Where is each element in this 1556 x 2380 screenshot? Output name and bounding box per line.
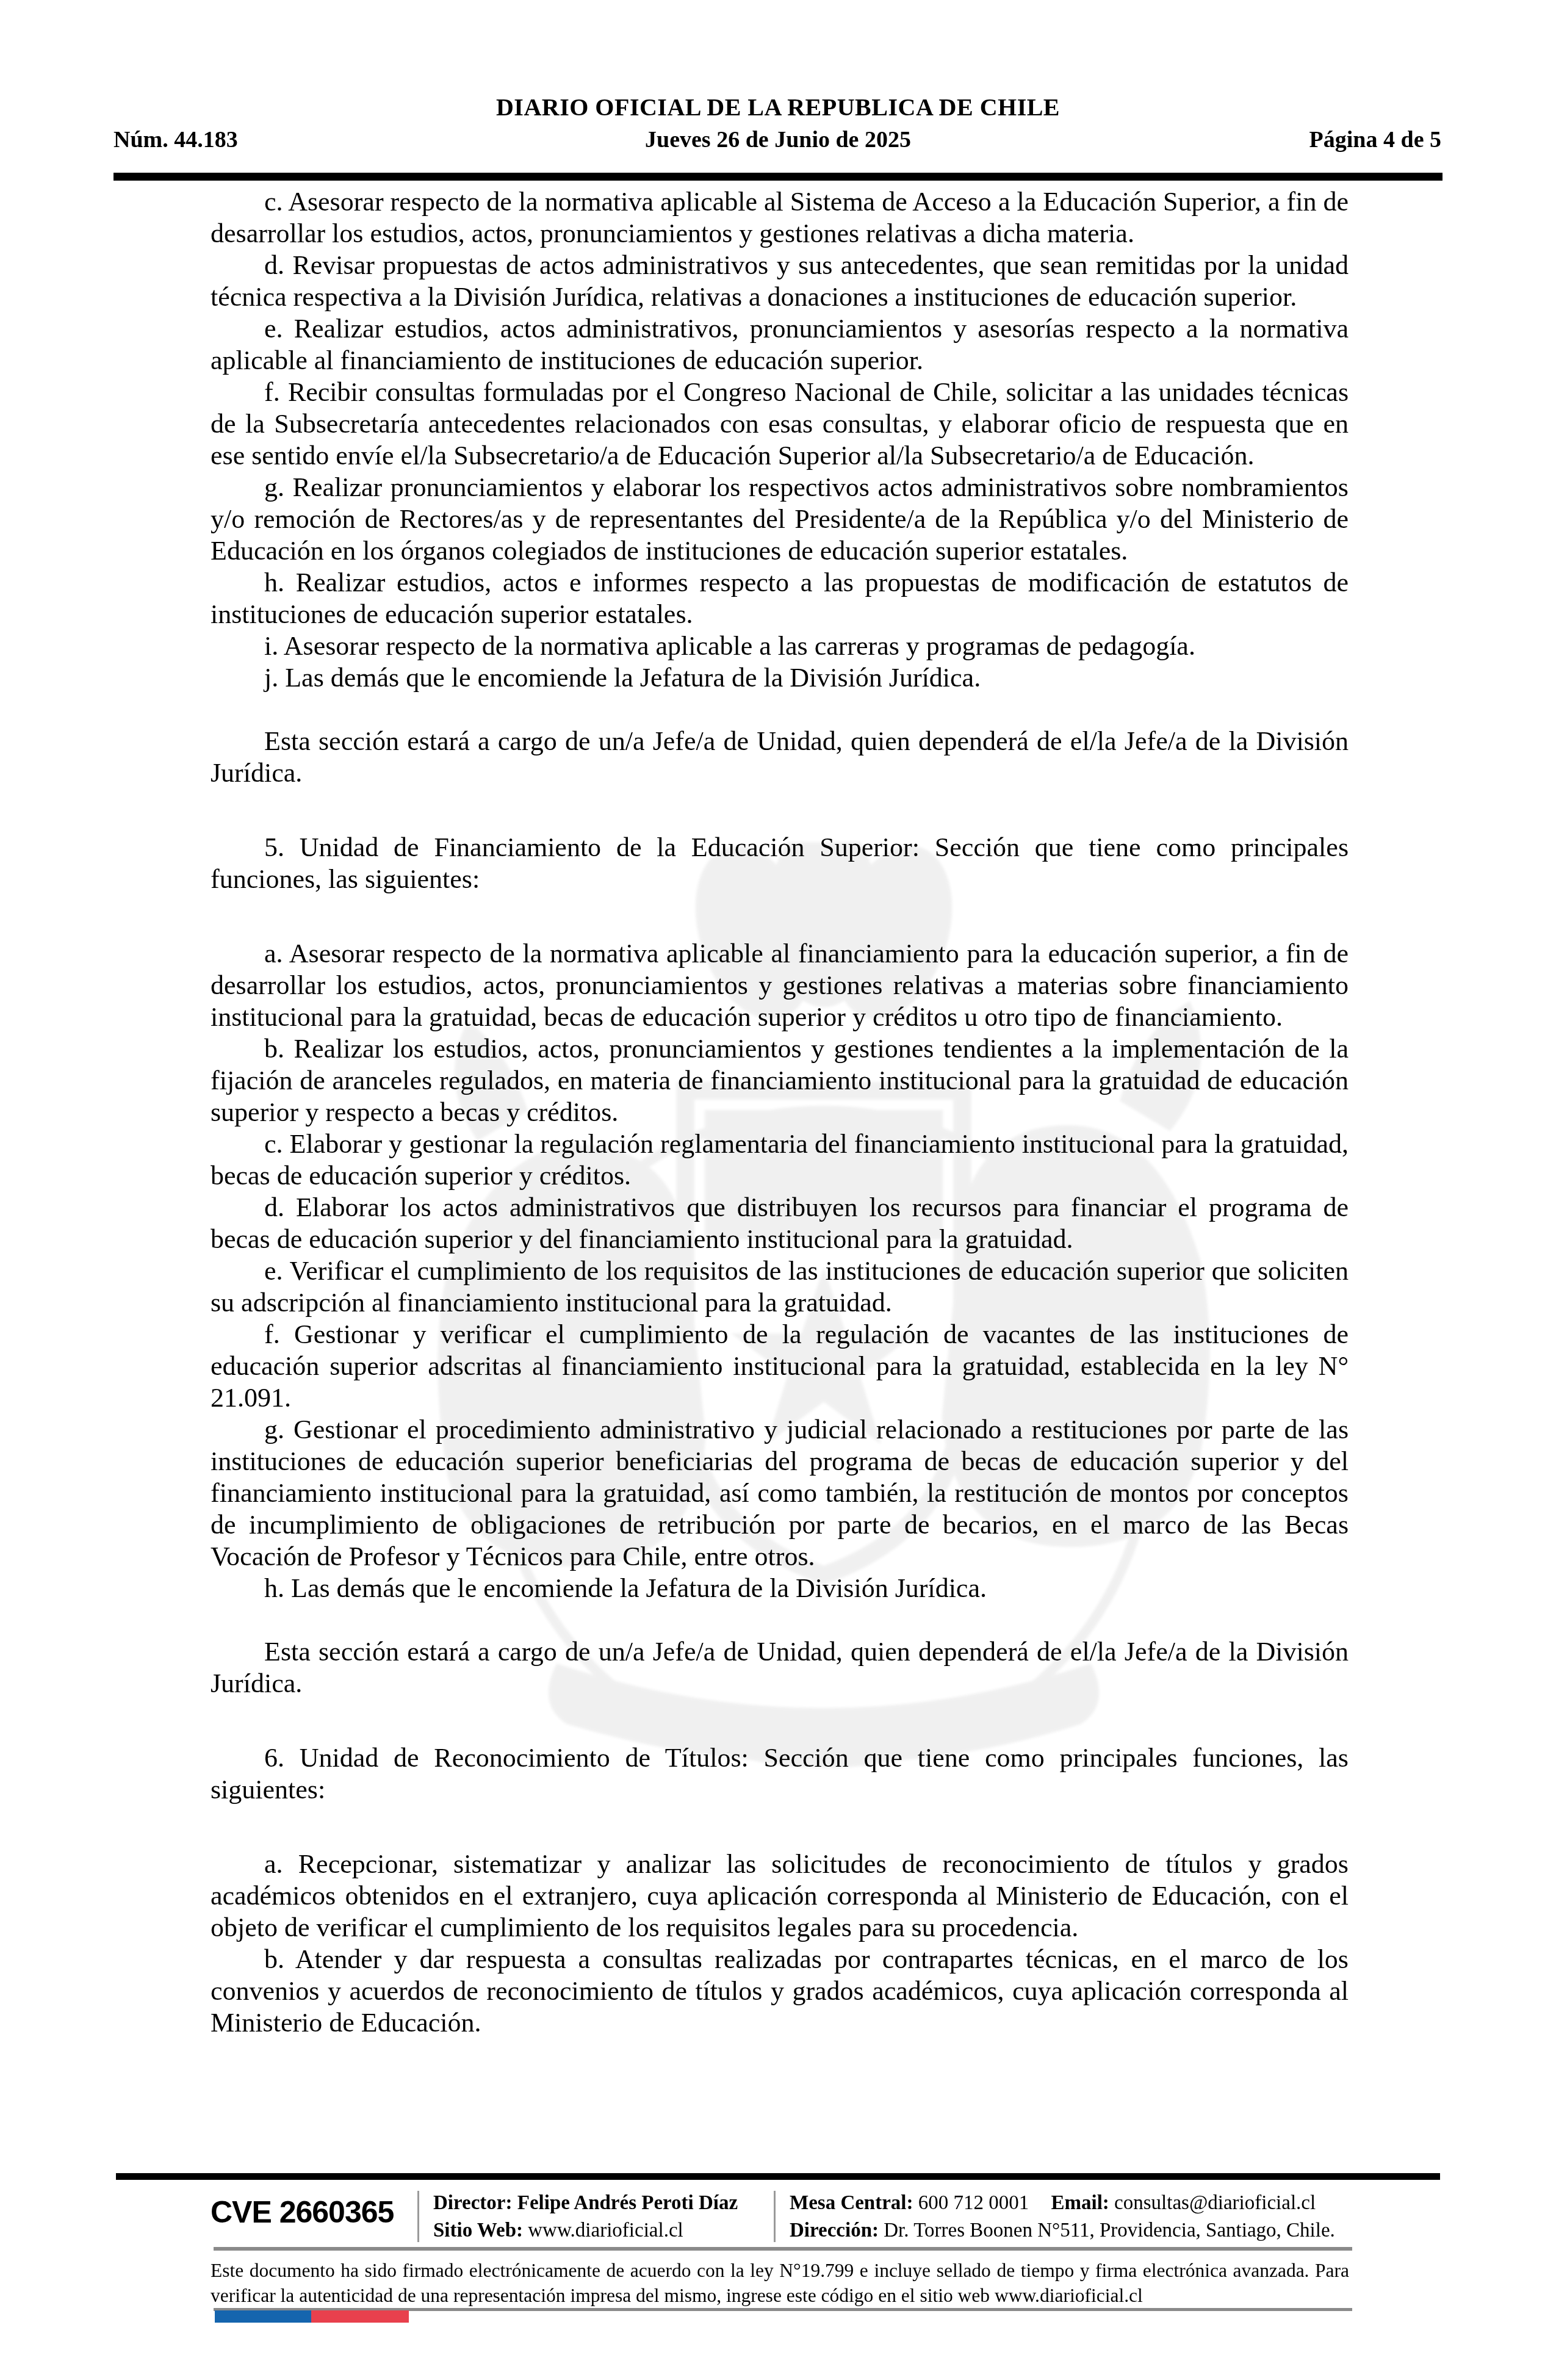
mesa-central-value: 600 712 0001 (918, 2192, 1029, 2214)
email-label: Email: (1051, 2192, 1115, 2214)
paragraph: f. Gestionar y verificar el cumplimiento… (211, 1319, 1349, 1414)
mesa-central-label: Mesa Central: (790, 2192, 918, 2214)
paragraph: i. Asesorar respecto de la normativa apl… (211, 630, 1349, 662)
sitio-web-value: www.diarioficial.cl (528, 2220, 683, 2241)
gazette-title: DIARIO OFICIAL DE LA REPUBLICA DE CHILE (0, 93, 1556, 121)
sitio-web-label: Sitio Web: (433, 2220, 528, 2241)
director-value: Felipe Andrés Peroti Díaz (517, 2192, 738, 2214)
paragraph: h. Realizar estudios, actos e informes r… (211, 567, 1349, 630)
contact-info: Mesa Central: 600 712 0001 Email: consul… (790, 2190, 1335, 2245)
paragraph: h. Las demás que le encomiende la Jefatu… (211, 1573, 1349, 1604)
paragraph: b. Realizar los estudios, actos, pronunc… (211, 1033, 1349, 1128)
paragraph: a. Recepcionar, sistematizar y analizar … (211, 1848, 1349, 1944)
paragraph: g. Gestionar el procedimiento administra… (211, 1414, 1349, 1573)
page-indicator: Página 4 de 5 (1309, 126, 1441, 153)
footer-middle-divider (214, 2247, 1352, 2251)
director-label: Director: (433, 2192, 517, 2214)
footer-top-divider (116, 2173, 1440, 2180)
flag-bar-blue (215, 2310, 311, 2323)
paragraph: 5. Unidad de Financiamiento de la Educac… (211, 832, 1349, 895)
direccion-line: Dirección: Dr. Torres Boonen N°511, Prov… (790, 2217, 1335, 2245)
direccion-value: Dr. Torres Boonen N°511, Providencia, Sa… (884, 2220, 1335, 2241)
paragraph: d. Revisar propuestas de actos administr… (211, 250, 1349, 313)
direccion-label: Dirección: (790, 2220, 884, 2241)
paragraph: c. Elaborar y gestionar la regulación re… (211, 1128, 1349, 1192)
gazette-page: DIARIO OFICIAL DE LA REPUBLICA DE CHILE … (0, 0, 1556, 2380)
flag-bar-red (311, 2310, 409, 2323)
email-value: consultas@diarioficial.cl (1114, 2192, 1316, 2214)
paragraph: e. Verificar el cumplimiento de los requ… (211, 1255, 1349, 1319)
paragraph: 6. Unidad de Reconocimiento de Títulos: … (211, 1742, 1349, 1806)
mesa-central-line: Mesa Central: 600 712 0001 Email: consul… (790, 2190, 1335, 2217)
sitio-web-line: Sitio Web: www.diarioficial.cl (433, 2217, 738, 2245)
cve-code: CVE 2660365 (211, 2194, 394, 2230)
header-divider (113, 173, 1443, 181)
paragraph: d. Elaborar los actos administrativos qu… (211, 1192, 1349, 1255)
paragraph: Esta sección estará a cargo de un/a Jefe… (211, 1636, 1349, 1700)
director-line: Director: Felipe Andrés Peroti Díaz (433, 2190, 738, 2217)
director-info: Director: Felipe Andrés Peroti Díaz Siti… (433, 2190, 738, 2245)
legal-disclaimer: Este documento ha sido firmado electróni… (211, 2258, 1349, 2308)
paragraph: Esta sección estará a cargo de un/a Jefe… (211, 726, 1349, 789)
footer-vertical-divider (774, 2191, 776, 2242)
paragraph: f. Recibir consultas formuladas por el C… (211, 377, 1349, 472)
document-body: c. Asesorar respecto de la normativa apl… (211, 186, 1349, 2039)
footer-vertical-divider (417, 2191, 419, 2242)
paragraph: j. Las demás que le encomiende la Jefatu… (211, 662, 1349, 694)
paragraph: c. Asesorar respecto de la normativa apl… (211, 186, 1349, 250)
paragraph: g. Realizar pronunciamientos y elaborar … (211, 472, 1349, 567)
paragraph: e. Realizar estudios, actos administrati… (211, 313, 1349, 377)
paragraph: b. Atender y dar respuesta a consultas r… (211, 1944, 1349, 2039)
paragraph: a. Asesorar respecto de la normativa apl… (211, 938, 1349, 1033)
